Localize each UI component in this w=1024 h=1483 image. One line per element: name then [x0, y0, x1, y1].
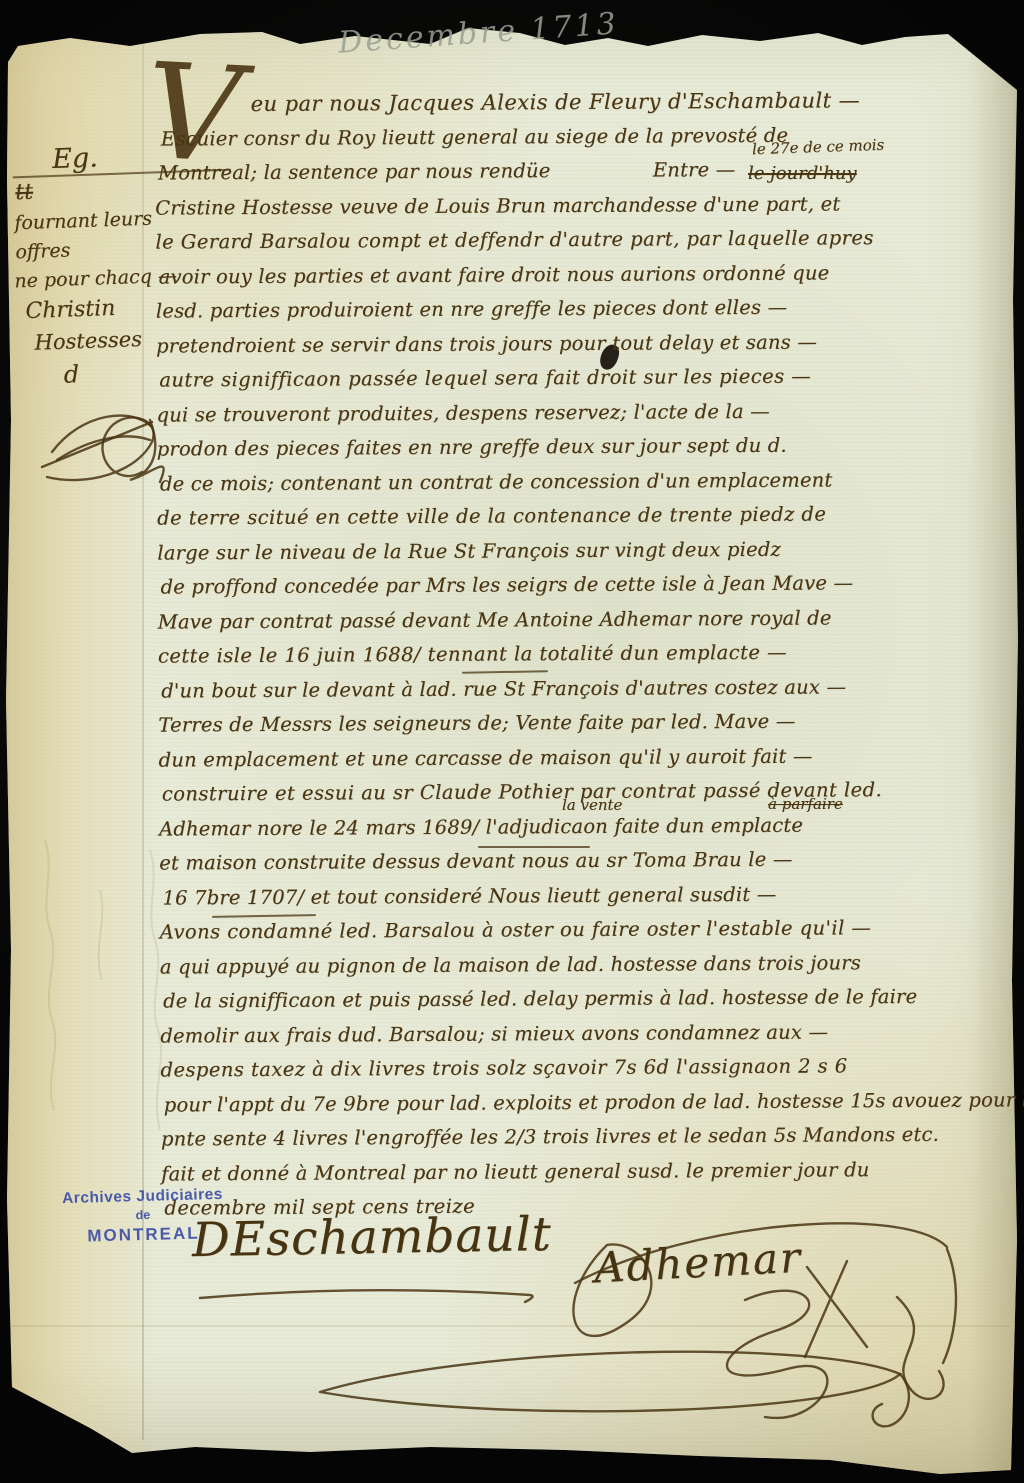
margin-note: Eg. [12, 138, 231, 179]
manuscript-line: eu par nous Jacques Alexis de Fleury d'E… [155, 87, 995, 127]
manuscript-line: pour l'appt du 7e 9bre pour lad. exploit… [164, 1088, 1001, 1128]
manuscript-line: Montreal; la sentence par nous rendüe En… [158, 156, 995, 196]
margin-note: fournant leurs [14, 206, 205, 235]
margin-paraph-flourish [32, 382, 192, 492]
date-underline-1689 [478, 846, 590, 848]
margin-notes: Eg. tt fournant leurs offres ne pour cha… [12, 139, 211, 397]
manuscript-line: le Gerard Barsalou compt et deffendr d'a… [155, 225, 995, 265]
manuscript-line: cette isle le 16 juin 1688/ tennant la t… [158, 639, 998, 679]
manuscript-line: Cristine Hostesse veuve de Louis Brun ma… [155, 191, 995, 231]
manuscript-line: pretendroient se servir dans trois jours… [156, 329, 996, 369]
manuscript-line: autre signifficaon passée lequel sera fa… [159, 363, 996, 403]
signature-underline-flourish [195, 1282, 545, 1312]
interline-correction-vente: la vente [562, 796, 622, 814]
manuscript-line: de la signifficaon et puis passé led. de… [163, 984, 1000, 1024]
manuscript-line: Avons condamné led. Barsalou à oster ou … [160, 915, 1000, 955]
margin-note: Hostesses [34, 325, 209, 355]
manuscript-line: avoir ouy les parties et avant faire dro… [159, 260, 996, 300]
manuscript-line: fait et donné à Montreal par no lieutt g… [161, 1157, 1001, 1197]
struck-out-words: le jourd'huy [748, 163, 857, 184]
manuscript-line: Terres de Messrs les seigneurs de; Vente… [158, 708, 998, 748]
manuscript-line: de terre scitué en cette ville de la con… [157, 501, 997, 541]
manuscript-line: large sur le niveau de la Rue St Françoi… [157, 536, 997, 576]
manuscript-line: lesd. parties produiroient en nre greffe… [156, 294, 996, 334]
signature-sweep-flourish [300, 1330, 940, 1440]
manuscript-line: qui se trouveront produites, despens res… [156, 398, 996, 438]
margin-note: ne pour chacq — [14, 264, 207, 293]
manuscript-line: de proffond concedée par Mrs les seigrs … [160, 570, 997, 610]
manuscript-line: despens taxez à dix livres trois solz sç… [160, 1053, 1000, 1093]
manuscript-line: de ce mois; contenant un contrat de conc… [160, 467, 997, 507]
manuscript-line: pnte sente 4 livres l'engroffée les 2/3 … [161, 1122, 1001, 1162]
signature-deschambault: DEschambault [192, 1207, 552, 1268]
manuscript-line: dun emplacement et une carcasse de maiso… [159, 743, 999, 783]
manuscript-line: d'un bout sur le devant à lad. rue St Fr… [161, 674, 998, 714]
manuscript-line: et maison construite dessus devant nous … [159, 846, 999, 886]
archival-photo: { "pencil_annotation": { "text": "Decemb… [0, 0, 1024, 1483]
manuscript-body: eu par nous Jacques Alexis de Fleury d'E… [155, 87, 1002, 1231]
stamp-line-1: Archives Judiciaires [51, 1186, 233, 1209]
bleedthrough-marks [30, 830, 180, 1170]
manuscript-line: demolir aux frais dud. Barsalou; si mieu… [160, 1019, 1000, 1059]
margin-note: Christin [25, 293, 208, 324]
manuscript-line: prodon des pieces faites en nre greffe d… [157, 432, 997, 472]
margin-note: offres [15, 235, 206, 264]
margin-note: tt [15, 174, 204, 206]
manuscript-line: a qui appuyé au pignon de la maison de l… [160, 950, 1000, 990]
interline-correction-parfaire: à parfaire [768, 795, 843, 813]
manuscript-line: Mave par contrat passé devant Me Antoine… [158, 605, 998, 645]
